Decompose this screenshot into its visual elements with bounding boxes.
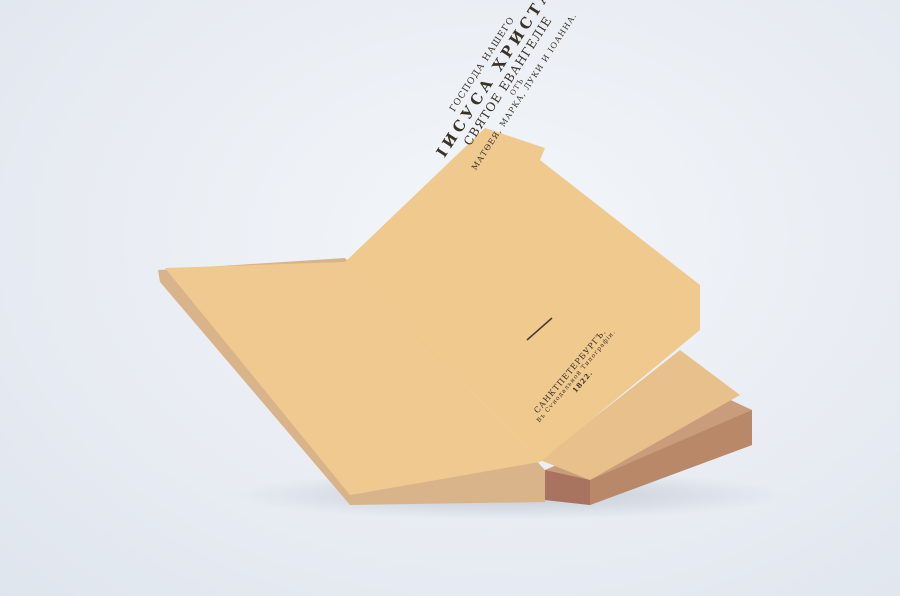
photo-scene: ГОСПОДА НАШЕГО IИСУСА ХРИСТА СВЯТОЕ ЕВАН…: [0, 0, 900, 596]
book-illustration: [0, 0, 900, 596]
